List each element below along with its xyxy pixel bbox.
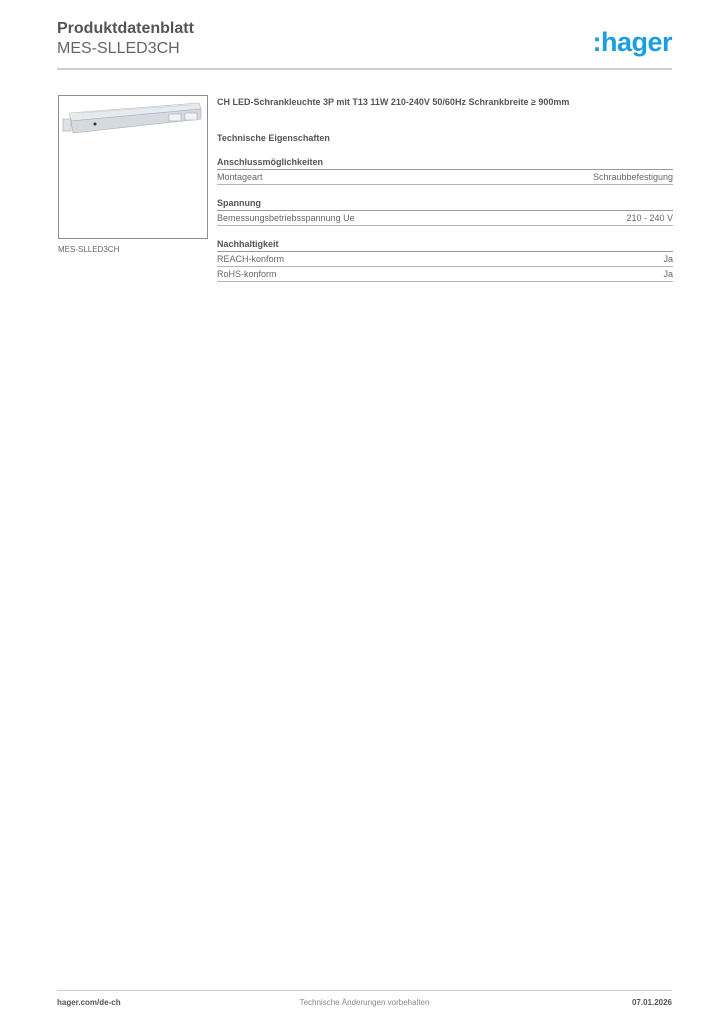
section-heading: Technische Eigenschaften xyxy=(217,132,673,144)
spec-label: REACH-konform xyxy=(217,253,284,265)
hager-logo: :hager xyxy=(592,28,672,56)
group-title: Nachhaltigkeit xyxy=(217,238,673,252)
footer-date: 07.01.2026 xyxy=(632,998,672,1007)
spec-row: RoHS-konform Ja xyxy=(217,267,673,282)
document-title: Produktdatenblatt xyxy=(57,20,672,38)
product-image xyxy=(61,99,205,139)
page-header: Produktdatenblatt MES-SLLED3CH :hager xyxy=(57,20,672,68)
spec-label: Bemessungsbetriebsspannung Ue xyxy=(217,212,355,224)
spec-group-connection: Anschlussmöglichkeiten Montageart Schrau… xyxy=(217,156,673,185)
group-title: Anschlussmöglichkeiten xyxy=(217,156,673,170)
product-details: CH LED-Schrankleuchte 3P mit T13 11W 210… xyxy=(217,96,673,282)
spec-row: Montageart Schraubbefestigung xyxy=(217,170,673,185)
footer-divider xyxy=(57,990,672,991)
spec-value: Ja xyxy=(663,253,673,265)
header-divider xyxy=(57,68,672,70)
spec-group-voltage: Spannung Bemessungsbetriebsspannung Ue 2… xyxy=(217,197,673,226)
footer-notice: Technische Änderungen vorbehalten xyxy=(57,998,672,1007)
image-caption: MES-SLLED3CH xyxy=(58,245,119,254)
spec-value: 210 - 240 V xyxy=(626,212,673,224)
product-image-frame xyxy=(58,95,208,239)
spec-label: RoHS-konform xyxy=(217,268,277,280)
spec-value: Schraubbefestigung xyxy=(593,171,673,183)
group-title: Spannung xyxy=(217,197,673,211)
page-footer: hager.com/de-ch Technische Änderungen vo… xyxy=(57,998,672,1010)
spec-row: REACH-konform Ja xyxy=(217,252,673,267)
spec-row: Bemessungsbetriebsspannung Ue 210 - 240 … xyxy=(217,211,673,226)
product-description: CH LED-Schrankleuchte 3P mit T13 11W 210… xyxy=(217,96,673,108)
spec-label: Montageart xyxy=(217,171,263,183)
spec-value: Ja xyxy=(663,268,673,280)
spec-group-sustainability: Nachhaltigkeit REACH-konform Ja RoHS-kon… xyxy=(217,238,673,282)
product-code: MES-SLLED3CH xyxy=(57,40,672,58)
